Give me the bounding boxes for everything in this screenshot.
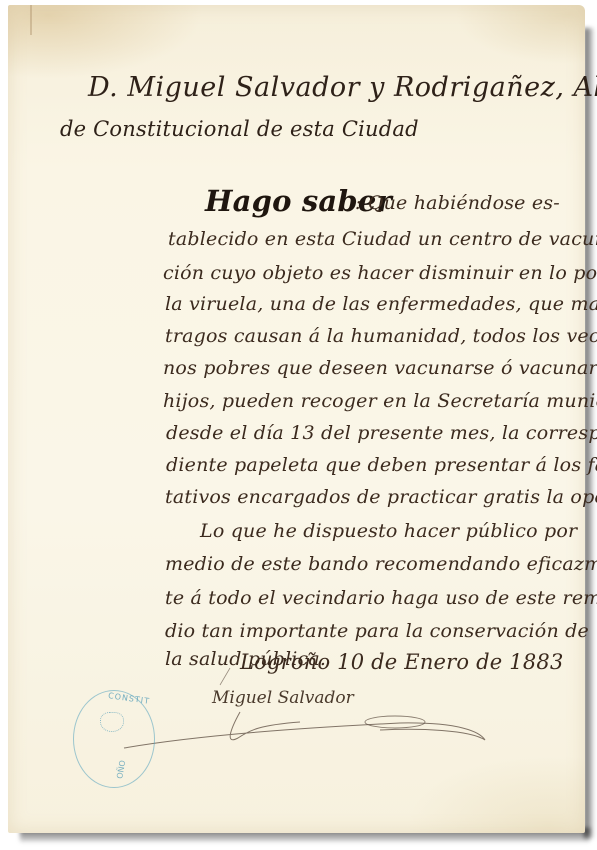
stamp-crest-icon (100, 712, 124, 732)
